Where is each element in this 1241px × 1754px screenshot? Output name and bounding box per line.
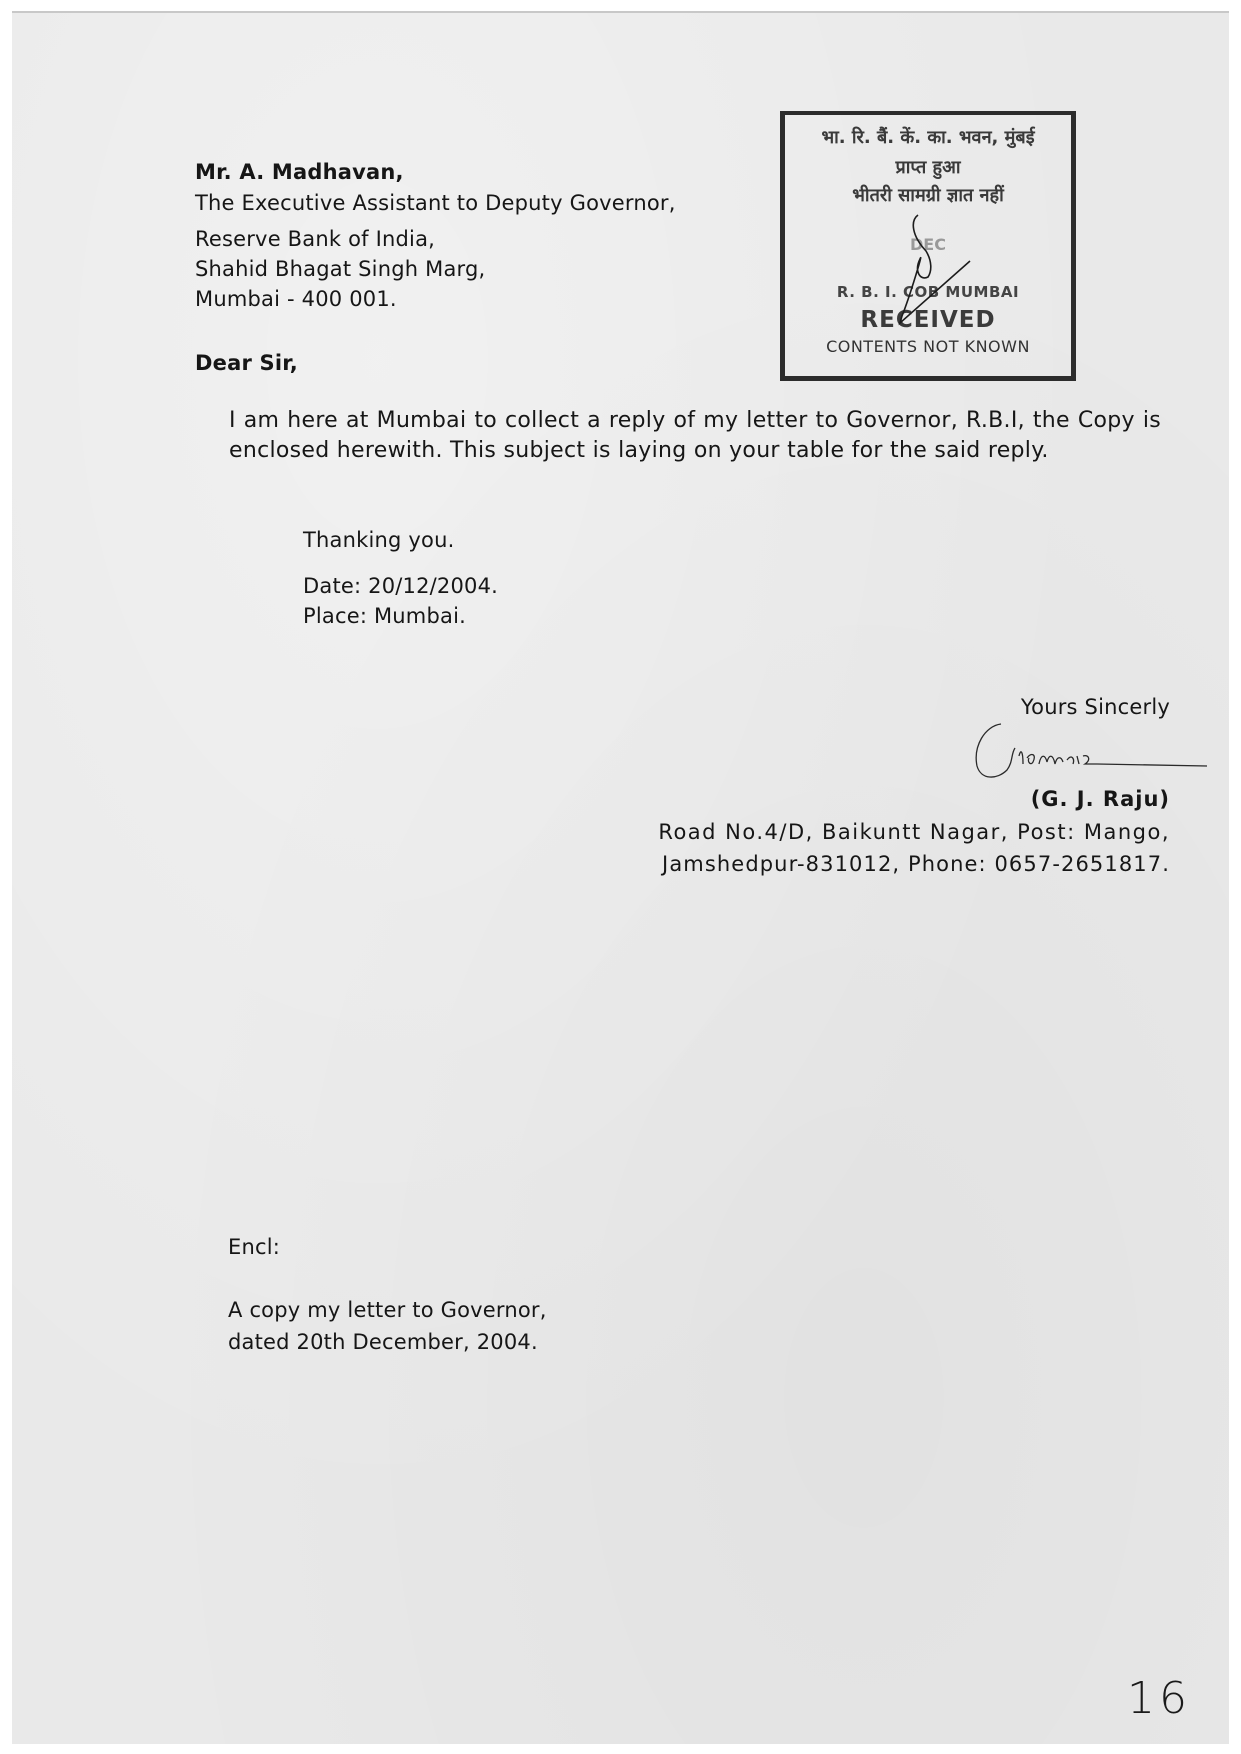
thanks-line: Thanking you.	[303, 530, 455, 551]
enclosure-line: dated 20th December, 2004.	[228, 1332, 538, 1353]
valediction: Yours Sincerly	[1021, 697, 1170, 718]
letter-body: I am here at Mumbai to collect a reply o…	[229, 406, 1161, 466]
sender-address-line-2: Jamshedpur-831012, Phone: 0657-2651817.	[662, 854, 1170, 875]
sender-name: (G. J. Raju)	[1031, 789, 1170, 810]
received-stamp: भा. रि. बैं. कें. का. भवन, मुंबई प्राप्त…	[780, 111, 1076, 381]
signature	[967, 718, 1227, 788]
recipient-address-line: Shahid Bhagat Singh Marg,	[195, 259, 485, 280]
recipient-title: The Executive Assistant to Deputy Govern…	[195, 193, 676, 214]
salutation: Dear Sir,	[195, 353, 298, 374]
recipient-address-line: Reserve Bank of India,	[195, 229, 435, 250]
letter-page: Mr. A. Madhavan, The Executive Assistant…	[12, 11, 1229, 1744]
date-line: Date: 20/12/2004.	[303, 576, 498, 597]
place-line: Place: Mumbai.	[303, 606, 466, 627]
signature-scribble-icon	[967, 718, 1227, 788]
enclosure-label: Encl:	[228, 1237, 280, 1258]
recipient-address-line: Mumbai - 400 001.	[195, 289, 397, 310]
enclosure-line: A copy my letter to Governor,	[228, 1300, 547, 1321]
recipient-name: Mr. A. Madhavan,	[195, 162, 404, 183]
sender-address-line-1: Road No.4/D, Baikuntt Nagar, Post: Mango…	[658, 822, 1170, 843]
initials-scribble-icon	[780, 111, 1076, 381]
page-number: 16	[1127, 1673, 1191, 1724]
